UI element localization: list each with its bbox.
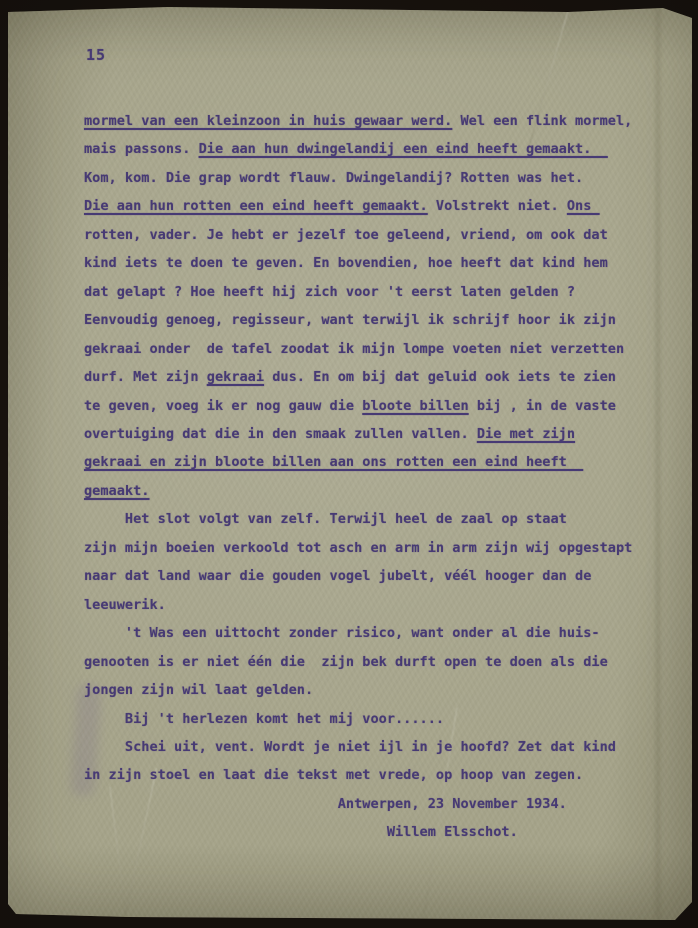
text-line: zijn mijn boeien verkoold tot asch en ar… [84,534,672,562]
text-segment: in zijn stoel en laat die tekst met vred… [84,767,583,783]
text-line: Schei uit, vent. Wordt je niet ijl in je… [84,733,672,761]
text-line: gemaakt. [84,477,672,505]
text-segment: Bij 't herlezen komt het mij voor...... [84,711,444,727]
scan-background: 15 mormel van een kleinzoon in huis gewa… [0,0,698,928]
text-line: Eenvoudig genoeg, regisseur, want terwij… [84,306,672,334]
underlined-text-segment: Die aan hun dwingelandij een eind heeft … [199,141,608,157]
text-segment: rotten, vader. Je hebt er jezelf toe gel… [84,227,608,243]
text-segment: overtuiging dat die in den smaak zullen … [84,426,477,442]
text-segment: Kom, kom. Die grap wordt flauw. Dwingela… [84,170,583,186]
text-line: Antwerpen, 23 November 1934. [84,790,672,818]
underlined-text-segment: Die aan hun rotten een eind heeft gemaak… [84,198,428,214]
text-line: 't Was een uittocht zonder risico, want … [84,619,672,647]
text-segment: zijn mijn boeien verkoold tot asch en ar… [84,540,632,556]
text-line: Die aan hun rotten een eind heeft gemaak… [84,192,672,220]
text-line: te geven, voeg ik er nog gauw die bloote… [84,392,672,420]
text-line: Willem Elsschot. [84,818,672,846]
document-page: 15 mormel van een kleinzoon in huis gewa… [8,6,692,920]
underlined-text-segment: gekraai [207,369,264,385]
text-segment: Antwerpen, 23 November 1934. [84,796,567,812]
text-segment: genooten is er niet één die zijn bek dur… [84,654,608,670]
text-segment: Volstrekt niet. [428,198,567,214]
text-segment: Eenvoudig genoeg, regisseur, want terwij… [84,312,616,328]
text-line: kind iets te doen te geven. En bovendien… [84,249,672,277]
text-segment: jongen zijn wil laat gelden. [84,682,313,698]
text-segment: gekraai onder de tafel zoodat ik mijn lo… [84,341,624,357]
typewritten-text: mormel van een kleinzoon in huis gewaar … [84,107,672,847]
underlined-text-segment: gemaakt. [84,483,149,499]
text-line: Bij 't herlezen komt het mij voor...... [84,705,672,733]
text-line: mais passons. Die aan hun dwingelandij e… [84,135,672,163]
text-line: Het slot volgt van zelf. Terwijl heel de… [84,505,672,533]
text-line: jongen zijn wil laat gelden. [84,676,672,704]
text-line: gekraai onder de tafel zoodat ik mijn lo… [84,335,672,363]
underlined-text-segment: Die met zijn [477,426,575,442]
text-segment: dat gelapt ? Hoe heeft hij zich voor 't … [84,284,575,300]
underlined-text-segment: Ons [567,198,600,214]
underlined-text-segment: bloote billen [362,398,468,414]
text-line: in zijn stoel en laat die tekst met vred… [84,761,672,789]
text-segment: kind iets te doen te geven. En bovendien… [84,255,608,271]
text-segment: 't Was een uittocht zonder risico, want … [84,625,600,641]
text-line: leeuwerik. [84,591,672,619]
text-segment: naar dat land waar die gouden vogel jube… [84,568,591,584]
text-line: gekraai en zijn bloote billen aan ons ro… [84,448,672,476]
text-line: genooten is er niet één die zijn bek dur… [84,648,672,676]
text-line: dat gelapt ? Hoe heeft hij zich voor 't … [84,278,672,306]
text-line: overtuiging dat die in den smaak zullen … [84,420,672,448]
text-line: naar dat land waar die gouden vogel jube… [84,562,672,590]
text-segment: Willem Elsschot. [84,824,518,840]
text-line: Kom, kom. Die grap wordt flauw. Dwingela… [84,164,672,192]
text-segment: bij , in de vaste [469,398,616,414]
text-segment: te geven, voeg ik er nog gauw die [84,398,362,414]
text-line: mormel van een kleinzoon in huis gewaar … [84,107,672,135]
text-line: durf. Met zijn gekraai dus. En om bij da… [84,363,672,391]
page-number: 15 [86,46,106,64]
text-segment: Wel een flink mormel, [452,113,632,129]
text-segment: mais passons. [84,141,199,157]
underlined-text-segment: gekraai en zijn bloote billen aan ons ro… [84,454,583,470]
text-line: rotten, vader. Je hebt er jezelf toe gel… [84,221,672,249]
text-segment: Schei uit, vent. Wordt je niet ijl in je… [84,739,616,755]
text-segment: dus. En om bij dat geluid ook iets te zi… [264,369,616,385]
text-segment: leeuwerik. [84,597,166,613]
underlined-text-segment: mormel van een kleinzoon in huis gewaar … [84,113,452,129]
text-segment: durf. Met zijn [84,369,207,385]
text-segment: Het slot volgt van zelf. Terwijl heel de… [84,511,567,527]
